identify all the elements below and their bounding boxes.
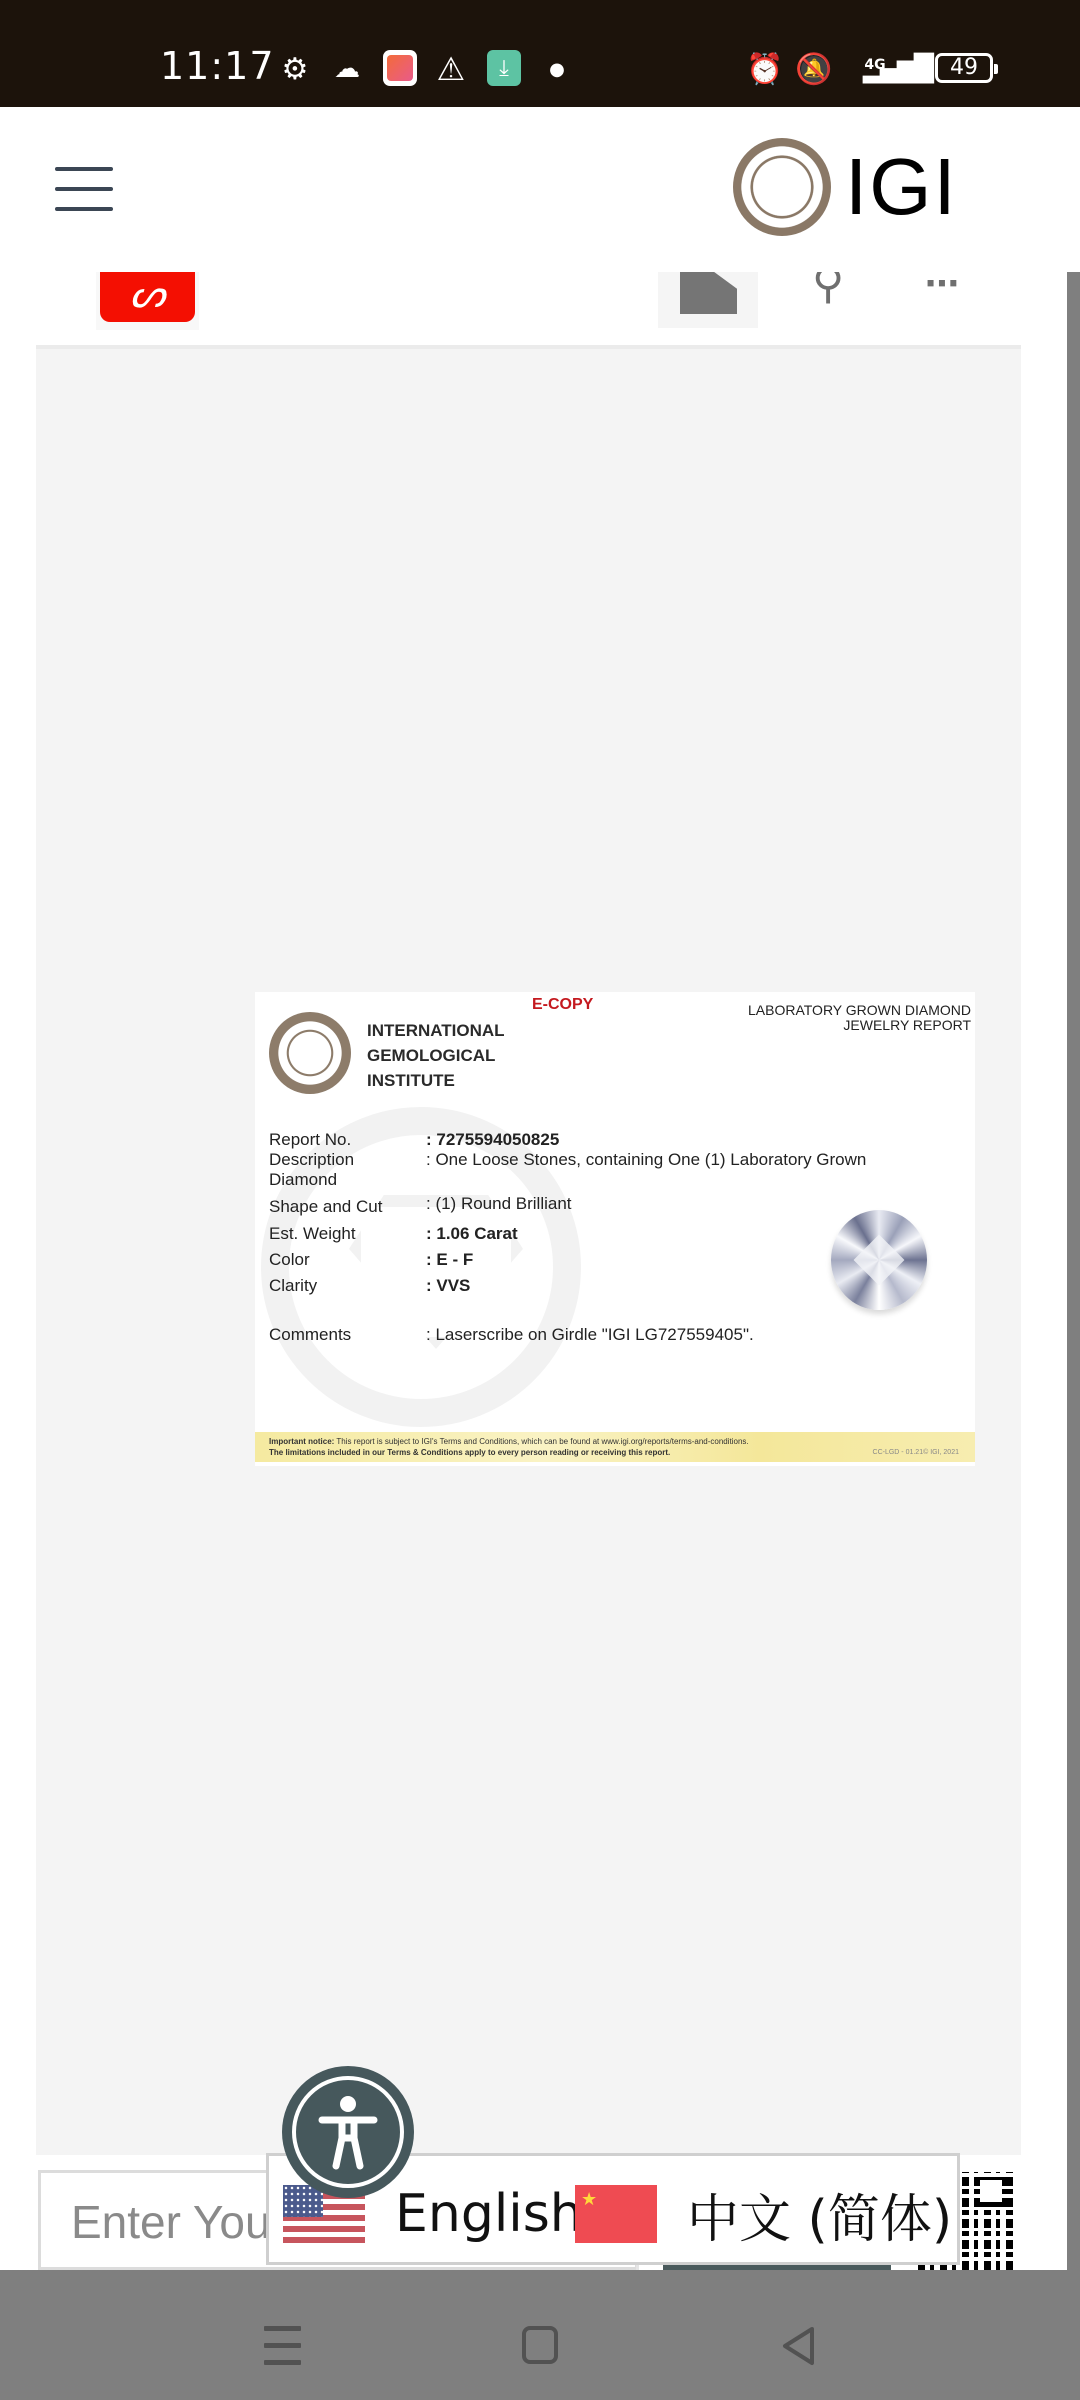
back-button[interactable]: [780, 2326, 818, 2366]
pdf-toolbar: ᔕ ⚲ ⋯: [0, 272, 1060, 348]
home-button[interactable]: [522, 2326, 558, 2364]
important-notice: Important notice: This report is subject…: [255, 1432, 975, 1462]
battery-indicator: 49: [935, 53, 993, 83]
vibrate-mute-icon: 🔕: [797, 52, 831, 86]
page-scrollbar[interactable]: [1067, 272, 1080, 2270]
field-label: Report No.: [269, 1130, 351, 1150]
site-header: IGI: [0, 107, 1080, 272]
app-notification-icon: [383, 50, 417, 86]
notice-limitations: The limitations included in our Terms & …: [269, 1448, 670, 1457]
field-label: Color: [269, 1250, 310, 1270]
org-name-line: INTERNATIONAL: [367, 1021, 505, 1041]
logo-text: IGI: [845, 141, 958, 233]
accessibility-icon: [292, 2076, 404, 2188]
status-bar: 11:17 ⚙ ☁ ⚠ ⤓ ● ⏰ 🔕 4G ▂▄▆█ 49: [0, 0, 1080, 107]
menu-line: [55, 167, 113, 171]
search-button[interactable]: ⚲: [812, 272, 862, 312]
ecopy-label: E-COPY: [532, 996, 593, 1014]
field-label: Shape and Cut: [269, 1197, 382, 1217]
hamburger-menu-button[interactable]: [55, 167, 113, 211]
notice-heading: Important notice:: [269, 1437, 334, 1446]
field-value: : 7275594050825: [426, 1130, 559, 1150]
flag-star: ★: [581, 2189, 597, 2210]
menu-line: [55, 207, 113, 211]
igi-seal-icon: [733, 138, 831, 236]
report-title: LABORATORY GROWN DIAMOND: [748, 1002, 971, 1018]
recents-icon: [264, 2326, 301, 2331]
menu-line: [55, 187, 113, 191]
back-icon: [780, 2326, 818, 2366]
field-value: : E - F: [426, 1250, 473, 1270]
notice-code: CC-LGD - 01.21© IGI, 2021: [873, 1447, 959, 1458]
field-value: : (1) Round Brilliant: [426, 1194, 572, 1214]
china-flag-icon: ★: [575, 2185, 657, 2243]
field-label: Diamond: [269, 1170, 337, 1190]
field-label: Comments: [269, 1325, 351, 1345]
recents-icon: [264, 2343, 301, 2348]
search-icon: ⚲: [812, 272, 844, 309]
field-label: Description: [269, 1150, 354, 1170]
igi-seal-icon: [269, 1012, 351, 1094]
acrobat-button[interactable]: ᔕ: [96, 272, 199, 330]
more-icon: ⋯: [925, 272, 960, 304]
field-label: Est. Weight: [269, 1224, 356, 1244]
notice-text: This report is subject to IGI's Terms an…: [336, 1437, 748, 1446]
system-nav-bar: [0, 2270, 1080, 2400]
report-subtitle: JEWELRY REPORT: [843, 1017, 971, 1033]
diamond-image: [831, 1210, 927, 1310]
igi-report-page: INTERNATIONAL GEMOLOGICAL INSTITUTE E-CO…: [255, 992, 975, 1466]
file-button[interactable]: [658, 272, 758, 328]
person-icon: [318, 2094, 378, 2170]
status-time: 11:17: [160, 44, 275, 88]
download-icon: ⤓: [487, 50, 521, 86]
field-value: : 1.06 Carat: [426, 1224, 518, 1244]
game-controller-icon: ☁: [330, 52, 364, 86]
org-name-line: INSTITUTE: [367, 1071, 455, 1091]
recents-icon: [264, 2360, 301, 2365]
email-placeholder: Enter You: [71, 2196, 271, 2248]
language-label: English: [395, 2184, 583, 2244]
adobe-acrobat-icon: ᔕ: [100, 272, 195, 322]
dot-icon: ●: [540, 52, 574, 86]
field-value: : Laserscribe on Girdle "IGI LG727559405…: [426, 1325, 754, 1345]
file-icon: [680, 272, 737, 314]
alarm-icon: ⏰: [748, 52, 782, 86]
language-label: 中文 (简体): [687, 2177, 952, 2252]
field-value: : VVS: [426, 1276, 470, 1296]
org-name-line: GEMOLOGICAL: [367, 1046, 495, 1066]
igi-logo[interactable]: IGI: [733, 137, 958, 237]
field-label: Clarity: [269, 1276, 317, 1296]
recents-button[interactable]: [264, 2326, 301, 2363]
settings-icon: ⚙: [278, 52, 312, 86]
field-value: : One Loose Stones, containing One (1) L…: [426, 1150, 866, 1170]
more-options-button[interactable]: ⋯: [925, 272, 975, 304]
language-option-chinese[interactable]: ★ 中文 (简体): [575, 2184, 952, 2244]
accessibility-button[interactable]: [282, 2066, 414, 2198]
warning-icon: ⚠: [434, 52, 468, 86]
signal-icon: ▂▄▆█: [880, 52, 914, 86]
